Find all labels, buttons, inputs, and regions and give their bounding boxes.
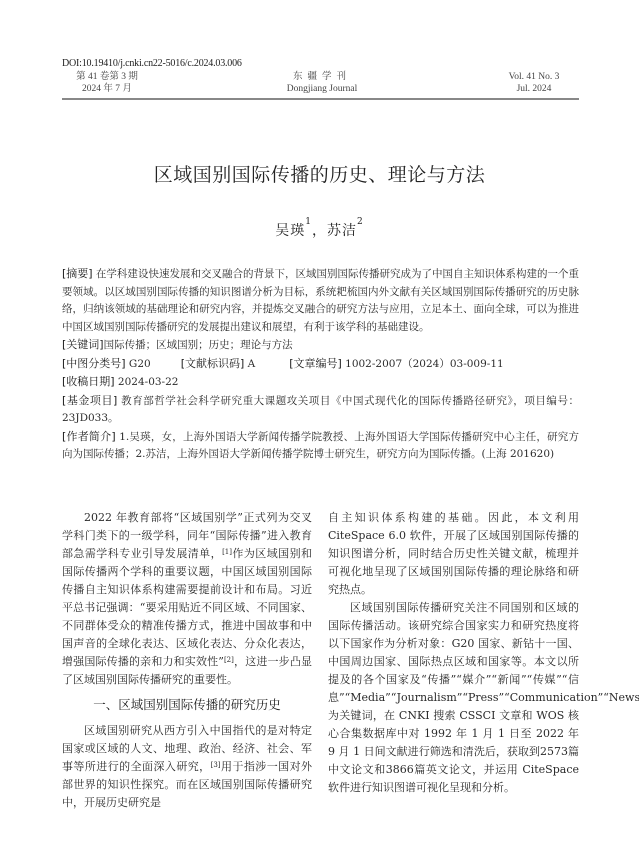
header-center: 东疆学刊 Dongjiang Journal bbox=[262, 71, 382, 95]
journal-header: 第 41 卷第 3 期 2024 年 7 月 东疆学刊 Dongjiang Jo… bbox=[62, 71, 579, 97]
keywords-text: 国际传播；区域国别；历史；理论与方法 bbox=[104, 339, 293, 351]
body-paragraph: 区域国别国际传播研究关注不同国别和区域的国际传播活动。该研究综合国家实力和研究热… bbox=[328, 599, 579, 797]
fund-project: [基金项目] 教育部哲学社会科学研究重大课题攻关项目《中国式现代化的国际传播路径… bbox=[62, 392, 579, 428]
abstract: [摘要] 在学科建设快速发展和交叉融合的背景下，区域国别国际传播研究成为了中国自… bbox=[62, 265, 579, 336]
citation-ref: [3] bbox=[211, 761, 221, 769]
body-column-left: 2022 年教育部将“区域国别学”正式列为交叉学科门类下的一级学科，同年“国际传… bbox=[62, 509, 312, 812]
doi-line: DOI:10.19410/j.cnki.cn22-5016/c.2024.03.… bbox=[62, 58, 242, 69]
author-separator: ， bbox=[312, 223, 327, 239]
clc-value: G20 bbox=[126, 358, 151, 370]
paper-title: 区域国别国际传播的历史、理论与方法 bbox=[0, 160, 639, 187]
abstract-text: 在学科建设快速发展和交叉融合的背景下，区域国别国际传播研究成为了中国自主知识体系… bbox=[62, 268, 579, 333]
article-no-label: [文章编号] bbox=[289, 357, 342, 370]
author-affiliation-mark: 2 bbox=[357, 217, 364, 227]
received-value: 2024-03-22 bbox=[115, 376, 179, 388]
keywords: [关键词]国际传播；区域国别；历史；理论与方法 bbox=[62, 336, 579, 355]
citation-ref: [1] bbox=[222, 548, 232, 556]
clc-label: [中图分类号] bbox=[62, 357, 126, 370]
journal-name-en: Dongjiang Journal bbox=[262, 83, 382, 95]
author-name: 吴瑛 bbox=[275, 223, 305, 239]
header-volume-issue-en: Vol. 41 No. 3 bbox=[489, 71, 579, 83]
article-metadata: [摘要] 在学科建设快速发展和交叉融合的背景下，区域国别国际传播研究成为了中国自… bbox=[62, 265, 579, 464]
author-name: 苏洁 bbox=[327, 223, 357, 239]
received-date: [收稿日期] 2024-03-22 bbox=[62, 373, 579, 392]
abstract-label: [摘要] bbox=[62, 267, 93, 280]
body-paragraph: 区域国别研究从西方引入中国指代的是对特定国家或区域的人文、地理、政治、经济、社会… bbox=[62, 722, 312, 812]
classification-row: [中图分类号] G20[文献标识码] A[文章编号] 1002-2007（202… bbox=[62, 355, 579, 374]
fund-label: [基金项目] bbox=[62, 394, 117, 407]
doc-code-value: A bbox=[244, 358, 255, 370]
section-heading: 一、区域国别国际传播的研究历史 bbox=[62, 694, 312, 716]
author-info: [作者简介] 1.吴瑛，女，上海外国语大学新闻传播学院教授、上海外国语大学国际传… bbox=[62, 428, 579, 464]
author-info-label: [作者简介] bbox=[62, 430, 116, 443]
article-no-value: 1002-2007（2024）03-009-11 bbox=[342, 358, 504, 370]
keywords-label: [关键词] bbox=[62, 338, 104, 351]
header-rule bbox=[62, 98, 579, 100]
paragraph-text: 作为区域国别和国际传播两个学科的重要议题，中国区域国别国际传播自主知识体系构建需… bbox=[62, 547, 312, 668]
author-affiliation-mark: 1 bbox=[305, 217, 312, 227]
header-date-cn: 2024 年 7 月 bbox=[62, 83, 152, 95]
author-info-text: 1.吴瑛，女，上海外国语大学新闻传播学院教授、上海外国语大学国际传播研究中心主任… bbox=[62, 431, 579, 461]
journal-name-cn: 东疆学刊 bbox=[262, 71, 382, 83]
body-paragraph: 2022 年教育部将“区域国别学”正式列为交叉学科门类下的一级学科，同年“国际传… bbox=[62, 509, 312, 689]
body-column-right: 自主知识体系构建的基础。因此，本文利用 CiteSpace 6.0 软件，开展了… bbox=[328, 509, 579, 797]
header-volume-issue-cn: 第 41 卷第 3 期 bbox=[62, 71, 152, 83]
received-label: [收稿日期] bbox=[62, 375, 115, 388]
doc-code-label: [文献标识码] bbox=[181, 357, 245, 370]
citation-ref: [2] bbox=[224, 656, 234, 664]
header-left: 第 41 卷第 3 期 2024 年 7 月 bbox=[62, 71, 152, 95]
author-line: 吴瑛1，苏洁2 bbox=[0, 220, 639, 240]
header-date-en: Jul. 2024 bbox=[489, 83, 579, 95]
fund-text: 教育部哲学社会科学研究重大课题攻关项目《中国式现代化的国际传播路径研究》，项目编… bbox=[62, 395, 579, 425]
body-paragraph: 自主知识体系构建的基础。因此，本文利用 CiteSpace 6.0 软件，开展了… bbox=[328, 509, 579, 599]
header-right: Vol. 41 No. 3 Jul. 2024 bbox=[489, 71, 579, 95]
